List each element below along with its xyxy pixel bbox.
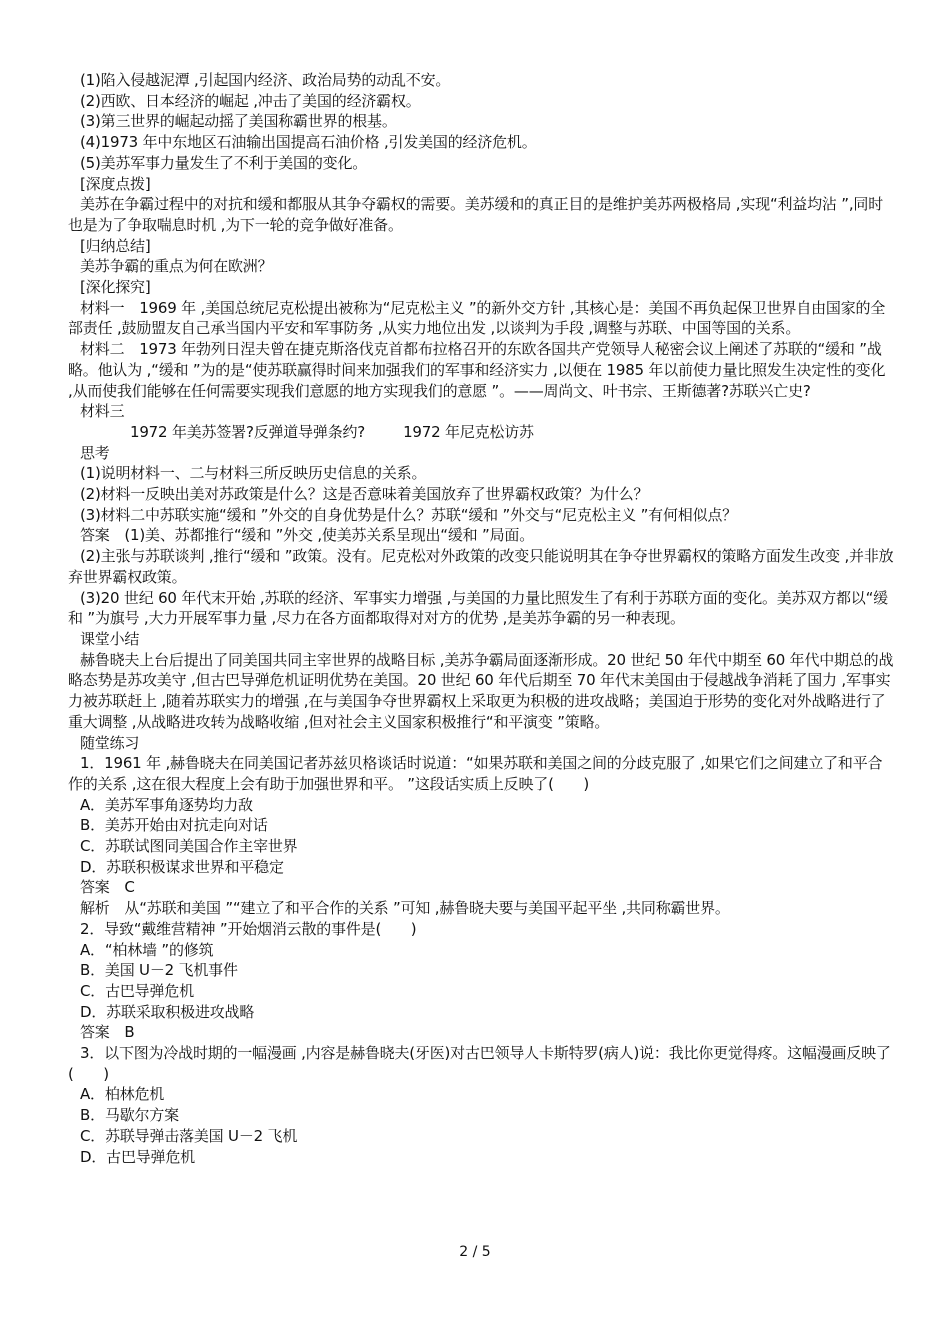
question-stem: 1．1961 年 ,赫鲁晓夫在同美国记者苏兹贝格谈话时说道：“如果苏联和美国之间…: [68, 753, 894, 794]
section-heading-summary: [归纳总结]: [68, 236, 894, 257]
caption-nixon-visit: 1972 年尼克松访苏: [403, 423, 534, 441]
summary-question: 美苏争霸的重点为何在欧洲？: [68, 256, 894, 277]
point-3: (3)第三世界的崛起动摇了美国称霸世界的根基。: [68, 111, 894, 132]
option-b: B．美国 U－2 飞机事件: [68, 960, 894, 981]
option-c: C．苏联导弹击落美国 U－2 飞机: [68, 1126, 894, 1147]
option-c: C．苏联试图同美国合作主宰世界: [68, 836, 894, 857]
option-d: D．苏联采取积极进攻战略: [68, 1002, 894, 1023]
material-3-captions: 1972 年美苏签署?反弹道导弹条约?1972 年尼克松访苏: [68, 422, 894, 443]
depth-tips-paragraph: 美苏在争霸过程中的对抗和缓和都服从其争夺霸权的需要。美苏缓和的真正目的是维护美苏…: [68, 194, 894, 235]
question-1: 1．1961 年 ,赫鲁晓夫在同美国记者苏兹贝格谈话时说道：“如果苏联和美国之间…: [68, 753, 894, 919]
point-2: (2)西欧、日本经济的崛起 ,冲击了美国的经济霸权。: [68, 91, 894, 112]
section-heading-class-summary: 课堂小结: [68, 629, 894, 650]
material-3-label: 材料三: [68, 401, 894, 422]
class-summary-paragraph: 赫鲁晓夫上台后提出了同美国共同主宰世界的战略目标 ,美苏争霸局面逐渐形成。20 …: [68, 650, 894, 733]
option-d: D．古巴导弹危机: [68, 1147, 894, 1168]
answer-2: (2)主张与苏联谈判 ,推行“缓和 ”政策。没有。尼克松对外政策的改变只能说明其…: [68, 546, 894, 587]
question-2: 2．导致“戴维营精神 ”开始烟消云散的事件是( ) A．“柏林墙 ”的修筑 B．…: [68, 919, 894, 1043]
answer-1: 答案 (1)美、苏都推行“缓和 ”外交 ,使美苏关系呈现出“缓和 ”局面。: [68, 525, 894, 546]
think-question-1: (1)说明材料一、二与材料三所反映历史信息的关系。: [68, 463, 894, 484]
document-page: (1)陷入侵越泥潭 ,引起国内经济、政治局势的动乱不安。 (2)西欧、日本经济的…: [68, 70, 894, 1167]
option-a: A．“柏林墙 ”的修筑: [68, 940, 894, 961]
answer: 答案 C: [68, 877, 894, 898]
answer: 答案 B: [68, 1022, 894, 1043]
section-heading-inquiry: [深化探究]: [68, 277, 894, 298]
think-question-3: (3)材料二中苏联实施“缓和 ”外交的自身优势是什么？苏联“缓和 ”外交与“尼克…: [68, 505, 894, 526]
question-stem: 2．导致“戴维营精神 ”开始烟消云散的事件是( ): [68, 919, 894, 940]
material-1: 材料一 1969 年 ,美国总统尼克松提出被称为“尼克松主义 ”的新外交方针 ,…: [68, 298, 894, 339]
caption-abm-treaty: 1972 年美苏签署?反弹道导弹条约?: [130, 423, 365, 441]
question-3: 3．以下图为冷战时期的一幅漫画 ,内容是赫鲁晓夫(牙医)对古巴领导人卡斯特罗(病…: [68, 1043, 894, 1167]
material-2: 材料二 1973 年勃列日涅夫曾在捷克斯洛伐克首都布拉格召开的东欧各国共产党领导…: [68, 339, 894, 401]
page-number: 2 / 5: [0, 1244, 950, 1260]
option-d: D．苏联积极谋求世界和平稳定: [68, 857, 894, 878]
think-question-2: (2)材料一反映出美对苏政策是什么？这是否意味着美国放弃了世界霸权政策？为什么？: [68, 484, 894, 505]
point-4: (4)1973 年中东地区石油输出国提高石油价格 ,引发美国的经济危机。: [68, 132, 894, 153]
section-heading-practice: 随堂练习: [68, 733, 894, 754]
answer-3: (3)20 世纪 60 年代末开始 ,苏联的经济、军事实力增强 ,与美国的力量比…: [68, 588, 894, 629]
section-heading-depth-tips: [深度点拨]: [68, 174, 894, 195]
question-stem: 3．以下图为冷战时期的一幅漫画 ,内容是赫鲁晓夫(牙医)对古巴领导人卡斯特罗(病…: [68, 1043, 894, 1084]
analysis: 解析 从“苏联和美国 ”“建立了和平合作的关系 ”可知 ,赫鲁晓夫要与美国平起平…: [68, 898, 894, 919]
option-b: B．马歇尔方案: [68, 1105, 894, 1126]
option-b: B．美苏开始由对抗走向对话: [68, 815, 894, 836]
point-1: (1)陷入侵越泥潭 ,引起国内经济、政治局势的动乱不安。: [68, 70, 894, 91]
think-heading: 思考: [68, 443, 894, 464]
option-c: C．古巴导弹危机: [68, 981, 894, 1002]
option-a: A．柏林危机: [68, 1084, 894, 1105]
option-a: A．美苏军事角逐势均力敌: [68, 795, 894, 816]
point-5: (5)美苏军事力量发生了不利于美国的变化。: [68, 153, 894, 174]
